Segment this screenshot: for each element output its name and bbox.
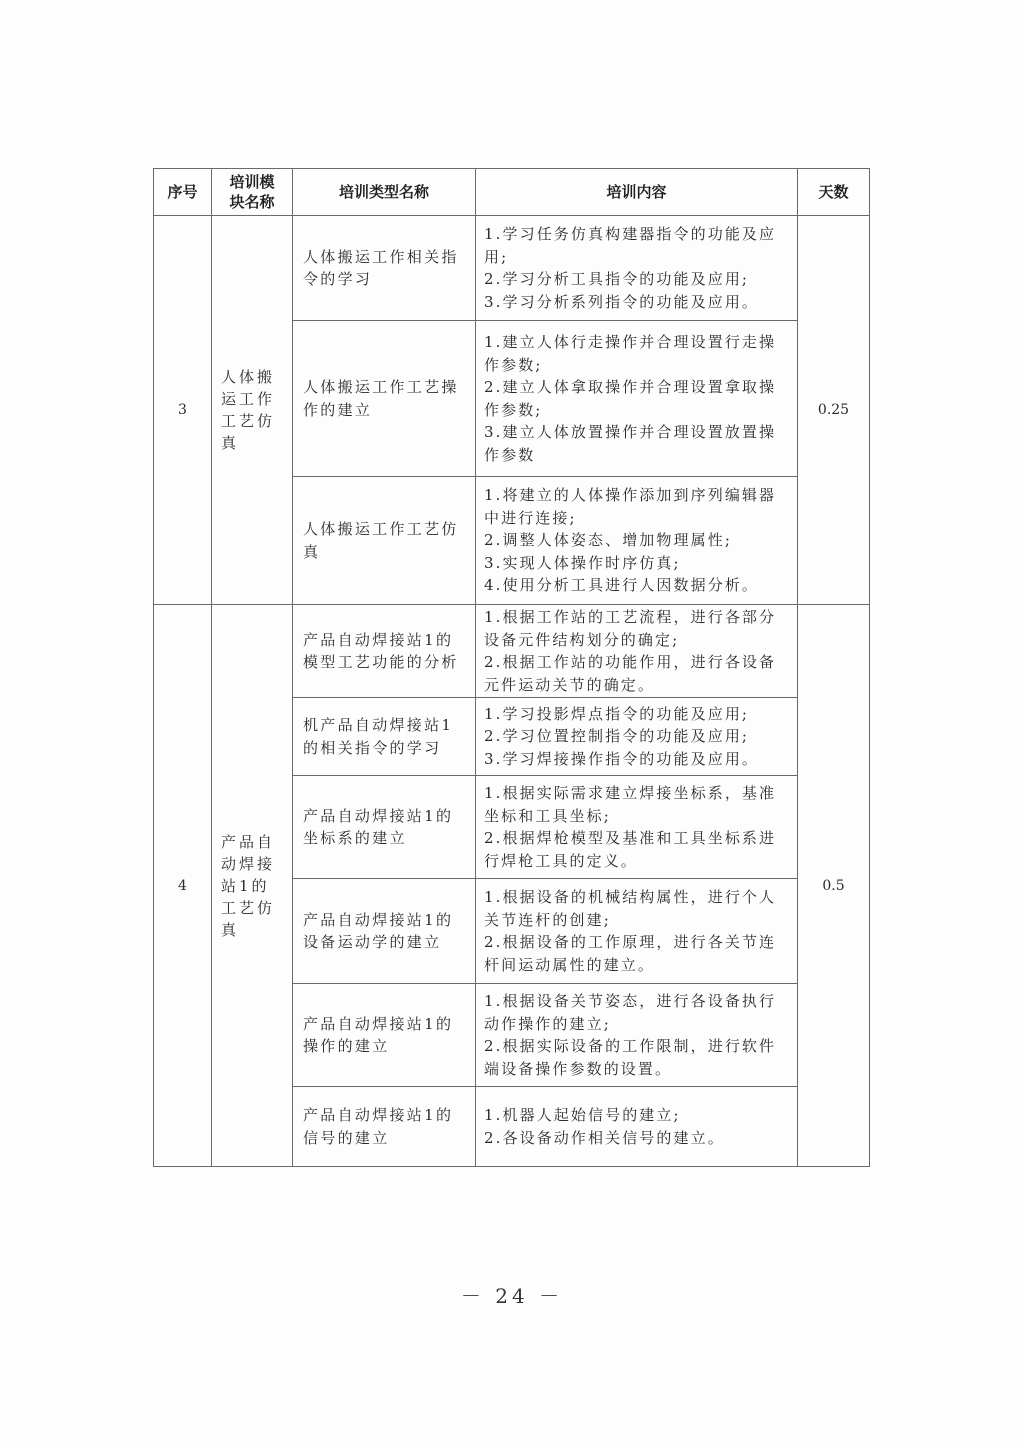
content-line: 3.建立人体放置操作并合理设置放置操作参数 — [484, 421, 791, 466]
training-type-cell: 机产品自动焊接站1的相关指令的学习 — [293, 698, 476, 776]
days-cell: 0.5 — [798, 605, 870, 1167]
content-line: 1.建立人体行走操作并合理设置行走操作参数; — [484, 331, 791, 376]
training-type-cell: 产品自动焊接站1的模型工艺功能的分析 — [293, 605, 476, 698]
content-line: 2.学习分析工具指令的功能及应用; — [484, 268, 791, 291]
content-line: 1.学习任务仿真构建器指令的功能及应用; — [484, 223, 791, 268]
content-line: 1.将建立的人体操作添加到序列编辑器中进行连接; — [484, 484, 791, 529]
content-line: 3.实现人体操作时序仿真; — [484, 552, 791, 575]
seq-cell: 3 — [154, 216, 212, 605]
training-content-cell: 1.建立人体行走操作并合理设置行走操作参数; 2.建立人体拿取操作并合理设置拿取… — [476, 321, 798, 477]
header-type: 培训类型名称 — [293, 169, 476, 216]
content-line: 2.根据实际设备的工作限制，进行软件端设备操作参数的设置。 — [484, 1035, 791, 1080]
content-line: 3.学习焊接操作指令的功能及应用。 — [484, 748, 791, 771]
training-type-cell: 产品自动焊接站1的坐标系的建立 — [293, 776, 476, 879]
training-schedule-table: 序号 培训模 块名称 培训类型名称 培训内容 天数 3 人体搬运工作工艺仿真 人… — [153, 168, 870, 1167]
training-content-cell: 1.学习任务仿真构建器指令的功能及应用; 2.学习分析工具指令的功能及应用; 3… — [476, 216, 798, 321]
training-content-cell: 1.根据设备的机械结构属性，进行个人关节连杆的创建; 2.根据设备的工作原理，进… — [476, 879, 798, 984]
content-line: 1.根据工作站的工艺流程，进行各部分设备元件结构划分的确定; — [484, 606, 791, 651]
training-content-cell: 1.根据实际需求建立焊接坐标系，基准坐标和工具坐标; 2.根据焊枪模型及基准和工… — [476, 776, 798, 879]
content-line: 1.学习投影焊点指令的功能及应用; — [484, 703, 791, 726]
page-number: － 24 － — [0, 1280, 1024, 1309]
training-type-cell: 产品自动焊接站1的操作的建立 — [293, 984, 476, 1087]
content-line: 2.调整人体姿态、增加物理属性; — [484, 529, 791, 552]
training-content-cell: 1.将建立的人体操作添加到序列编辑器中进行连接; 2.调整人体姿态、增加物理属性… — [476, 477, 798, 605]
content-line: 1.根据实际需求建立焊接坐标系，基准坐标和工具坐标; — [484, 782, 791, 827]
training-content-cell: 1.学习投影焊点指令的功能及应用; 2.学习位置控制指令的功能及应用; 3.学习… — [476, 698, 798, 776]
content-line: 2.学习位置控制指令的功能及应用; — [484, 725, 791, 748]
training-content-cell: 1.机器人起始信号的建立; 2.各设备动作相关信号的建立。 — [476, 1087, 798, 1167]
content-line: 2.根据焊枪模型及基准和工具坐标系进行焊枪工具的定义。 — [484, 827, 791, 872]
content-line: 1.根据设备的机械结构属性，进行个人关节连杆的创建; — [484, 886, 791, 931]
seq-cell: 4 — [154, 605, 212, 1167]
training-type-cell: 人体搬运工作工艺操作的建立 — [293, 321, 476, 477]
content-line: 1.根据设备关节姿态，进行各设备执行动作操作的建立; — [484, 990, 791, 1035]
header-days: 天数 — [798, 169, 870, 216]
header-content: 培训内容 — [476, 169, 798, 216]
days-cell: 0.25 — [798, 216, 870, 605]
header-seq: 序号 — [154, 169, 212, 216]
content-line: 4.使用分析工具进行人因数据分析。 — [484, 574, 791, 597]
training-type-cell: 产品自动焊接站1的设备运动学的建立 — [293, 879, 476, 984]
header-module-line2: 块名称 — [212, 192, 292, 212]
table-header-row: 序号 培训模 块名称 培训类型名称 培训内容 天数 — [154, 169, 870, 216]
module-name-cell: 产品自动焊接站1的工艺仿真 — [212, 605, 293, 1167]
header-module: 培训模 块名称 — [212, 169, 293, 216]
training-type-cell: 人体搬运工作相关指令的学习 — [293, 216, 476, 321]
content-line: 2.根据工作站的功能作用，进行各设备元件运动关节的确定。 — [484, 651, 791, 696]
training-content-cell: 1.根据设备关节姿态，进行各设备执行动作操作的建立; 2.根据实际设备的工作限制… — [476, 984, 798, 1087]
content-line: 2.建立人体拿取操作并合理设置拿取操作参数; — [484, 376, 791, 421]
content-line: 2.根据设备的工作原理，进行各关节连杆间运动属性的建立。 — [484, 931, 791, 976]
training-content-cell: 1.根据工作站的工艺流程，进行各部分设备元件结构划分的确定; 2.根据工作站的功… — [476, 605, 798, 698]
table-row: 4 产品自动焊接站1的工艺仿真 产品自动焊接站1的模型工艺功能的分析 1.根据工… — [154, 605, 870, 698]
training-type-cell: 产品自动焊接站1的信号的建立 — [293, 1087, 476, 1167]
header-module-line1: 培训模 — [212, 172, 292, 192]
content-line: 3.学习分析系列指令的功能及应用。 — [484, 291, 791, 314]
content-line: 1.机器人起始信号的建立; — [484, 1104, 791, 1127]
table-row: 3 人体搬运工作工艺仿真 人体搬运工作相关指令的学习 1.学习任务仿真构建器指令… — [154, 216, 870, 321]
module-name-cell: 人体搬运工作工艺仿真 — [212, 216, 293, 605]
training-type-cell: 人体搬运工作工艺仿真 — [293, 477, 476, 605]
content-line: 2.各设备动作相关信号的建立。 — [484, 1127, 791, 1150]
